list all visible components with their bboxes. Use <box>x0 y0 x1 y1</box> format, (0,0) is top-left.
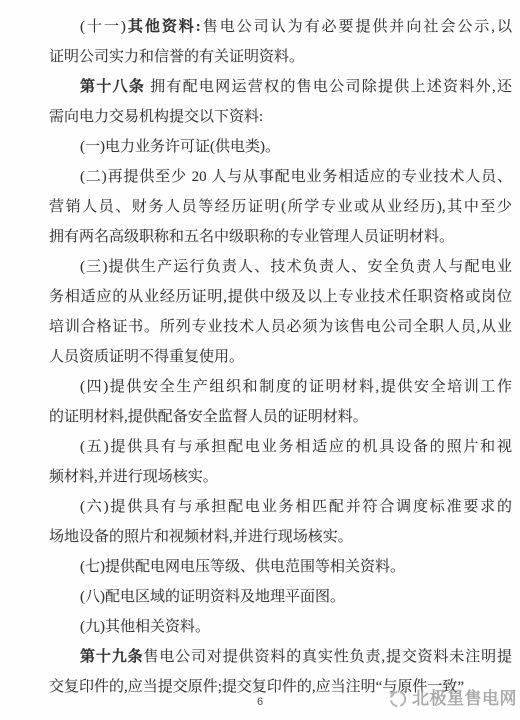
text-line: 的证明材料,提供配备安全监督人员的证明材料。 <box>49 402 512 432</box>
text-line: (八)配电区域的证明资料及地理平面图。 <box>49 582 512 612</box>
text-segment: 售电公司认为有必要提供并向社会公示,以 <box>201 19 512 35</box>
text-segment: (九)其他相关资料。 <box>80 619 210 635</box>
paragraph: (八)配电区域的证明资料及地理平面图。 <box>49 582 512 612</box>
text-line: 第十八条 拥有配电网运营权的售电公司除提供上述资料外,还 <box>49 72 512 102</box>
text-segment: (四)提供安全生产组织和制度的证明材料,提供安全培训工作 <box>80 379 512 395</box>
text-line: (三)提供生产运行负责人、技术负责人、安全负责人与配电业 <box>49 252 512 282</box>
document-page: (十一)其他资料:售电公司认为有必要提供并向社会公示,以证明公司实力和信誉的有关… <box>0 0 520 720</box>
paragraph: (五)提供具有与承担配电业务相适应的机具设备的照片和视频材料,并进行现场核实。 <box>49 432 512 492</box>
bold-text-segment: 第十九条 <box>80 649 143 665</box>
text-line: 务相适应的从业经历证明,提供中级及以上专业技术任职资格或岗位 <box>49 282 512 312</box>
text-line: 人员资质证明不得重复使用。 <box>49 342 512 372</box>
paragraph: (三)提供生产运行负责人、技术负责人、安全负责人与配电业务相适应的从业经历证明,… <box>49 252 512 372</box>
text-segment: 拥有配电网运营权的售电公司除提供上述资料外,还 <box>145 79 512 95</box>
text-line: (七)提供配电网电压等级、供电范围等相关资料。 <box>49 552 512 582</box>
text-segment: 的证明材料,提供配备安全监督人员的证明材料。 <box>49 409 368 425</box>
bold-text-segment: 第十八条 <box>80 79 145 95</box>
text-segment: 售电公司对提供资料的真实性负责,提交资料未注明提 <box>143 649 512 665</box>
text-segment: 培训合格证书。所列专业技术人员必须为该售电公司全职人员,从业 <box>49 319 512 335</box>
text-line: 需向电力交易机构提交以下资料: <box>49 102 512 132</box>
text-segment: (十一) <box>80 19 126 35</box>
text-segment: 证明公司实力和信誉的有关证明资料。 <box>49 49 304 65</box>
paragraph: (七)提供配电网电压等级、供电范围等相关资料。 <box>49 552 512 582</box>
paragraph: (六)提供具有与承担配电业务相匹配并符合调度标准要求的场地设备的照片和视频材料,… <box>49 492 512 552</box>
text-segment: 营销人员、财务人员等经历证明(所学专业或从业经历),其中至少 <box>49 199 512 215</box>
text-line: 场地设备的照片和视频材料,并进行现场核实。 <box>49 522 512 552</box>
text-line: 第十九条售电公司对提供资料的真实性负责,提交资料未注明提 <box>49 642 512 672</box>
text-line: 营销人员、财务人员等经历证明(所学专业或从业经历),其中至少 <box>49 192 512 222</box>
text-segment: 人员资质证明不得重复使用。 <box>49 349 244 365</box>
text-line: (十一)其他资料:售电公司认为有必要提供并向社会公示,以 <box>49 12 512 42</box>
text-segment: 频材料,并进行现场核实。 <box>49 469 218 485</box>
text-line: 证明公司实力和信誉的有关证明资料。 <box>49 42 512 72</box>
text-segment: 场地设备的照片和视频材料,并进行现场核实。 <box>49 529 353 545</box>
paragraph: (一)电力业务许可证(供电类)。 <box>49 132 512 162</box>
text-line: 拥有两名高级职称和五名中级职称的专业管理人员证明材料。 <box>49 222 512 252</box>
text-segment: (五)提供具有与承担配电业务相适应的机具设备的照片和视 <box>80 439 512 455</box>
text-segment: 需向电力交易机构提交以下资料: <box>49 109 263 125</box>
paragraph: (十一)其他资料:售电公司认为有必要提供并向社会公示,以证明公司实力和信誉的有关… <box>49 12 512 72</box>
text-segment: 务相适应的从业经历证明,提供中级及以上专业技术任职资格或岗位 <box>49 289 512 305</box>
paragraph: (四)提供安全生产组织和制度的证明材料,提供安全培训工作的证明材料,提供配备安全… <box>49 372 512 432</box>
paragraph: (二)再提供至少 20 人与从事配电业务相适应的专业技术人员、营销人员、财务人员… <box>49 162 512 252</box>
bold-text-segment: 其他资料: <box>126 19 201 35</box>
text-line: (五)提供具有与承担配电业务相适应的机具设备的照片和视 <box>49 432 512 462</box>
paragraph: (九)其他相关资料。 <box>49 612 512 642</box>
text-segment: 拥有两名高级职称和五名中级职称的专业管理人员证明材料。 <box>49 229 454 245</box>
text-segment: (六)提供具有与承担配电业务相匹配并符合调度标准要求的 <box>80 499 512 515</box>
text-segment: (七)提供配电网电压等级、供电范围等相关资料。 <box>80 559 405 575</box>
text-segment: (二)再提供至少 20 人与从事配电业务相适应的专业技术人员、 <box>80 169 512 185</box>
text-segment: (三)提供生产运行负责人、技术负责人、安全负责人与配电业 <box>80 259 512 275</box>
document-body: (十一)其他资料:售电公司认为有必要提供并向社会公示,以证明公司实力和信誉的有关… <box>49 12 512 702</box>
text-line: (一)电力业务许可证(供电类)。 <box>49 132 512 162</box>
text-line: 频材料,并进行现场核实。 <box>49 462 512 492</box>
text-segment: (八)配电区域的证明资料及地理平面图。 <box>80 589 345 605</box>
page-number: 6 <box>0 696 520 708</box>
text-line: 培训合格证书。所列专业技术人员必须为该售电公司全职人员,从业 <box>49 312 512 342</box>
text-line: (二)再提供至少 20 人与从事配电业务相适应的专业技术人员、 <box>49 162 512 192</box>
text-line: (九)其他相关资料。 <box>49 612 512 642</box>
text-line: (四)提供安全生产组织和制度的证明材料,提供安全培训工作 <box>49 372 512 402</box>
paragraph: 第十八条 拥有配电网运营权的售电公司除提供上述资料外,还需向电力交易机构提交以下… <box>49 72 512 132</box>
text-line: (六)提供具有与承担配电业务相匹配并符合调度标准要求的 <box>49 492 512 522</box>
text-segment: (一)电力业务许可证(供电类)。 <box>80 139 280 155</box>
